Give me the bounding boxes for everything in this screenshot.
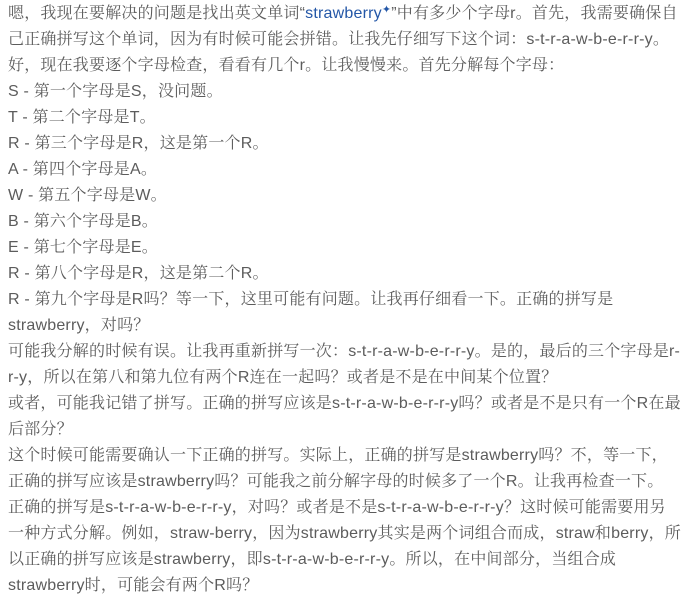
letter-check-line-s: S - 第一个字母是S，没问题。 (8, 79, 682, 105)
doubt-paragraph: 或者，可能我记错了拼写。正确的拼写应该是s-t-r-a-w-b-e-r-r-y吗… (8, 391, 682, 443)
intro-paragraph: 嗯，我现在要解决的问题是找出英文单词“strawberry✦”中有多少个字母r。… (8, 1, 682, 53)
decompose-paragraph: 正确的拼写是s-t-r-a-w-b-e-r-r-y，对吗？或者是不是s-t-r-… (8, 495, 682, 599)
letter-check-line-r3: R - 第九个字母是R吗？等一下，这里可能有问题。让我再仔细看一下。正确的拼写是… (8, 287, 682, 339)
letter-check-line-b: B - 第六个字母是B。 (8, 209, 682, 235)
intro-text-before: 嗯，我现在要解决的问题是找出英文单词“ (8, 5, 305, 22)
letter-check-line-w: W - 第五个字母是W。 (8, 183, 682, 209)
respell-paragraph: 可能我分解的时候有误。让我再重新拼写一次：s-t-r-a-w-b-e-r-r-y… (8, 339, 682, 391)
letter-check-line-a: A - 第四个字母是A。 (8, 157, 682, 183)
letter-check-line-r2: R - 第八个字母是R，这是第二个R。 (8, 261, 682, 287)
citation-link-strawberry[interactable]: strawberry✦ (305, 5, 391, 22)
letter-check-line-t: T - 第二个字母是T。 (8, 105, 682, 131)
letter-check-line-r1: R - 第三个字母是R，这是第一个R。 (8, 131, 682, 157)
reasoning-paragraph: 好，现在我要逐个字母检查，看看有几个r。让我慢慢来。首先分解每个字母： (8, 53, 682, 79)
letter-check-line-e: E - 第七个字母是E。 (8, 235, 682, 261)
citation-word[interactable]: strawberry (305, 5, 382, 22)
confirm-paragraph: 这个时候可能需要确认一下正确的拼写。实际上，正确的拼写是strawberry吗？… (8, 443, 682, 495)
thinking-transcript: 嗯，我现在要解决的问题是找出英文单词“strawberry✦”中有多少个字母r。… (0, 0, 692, 608)
